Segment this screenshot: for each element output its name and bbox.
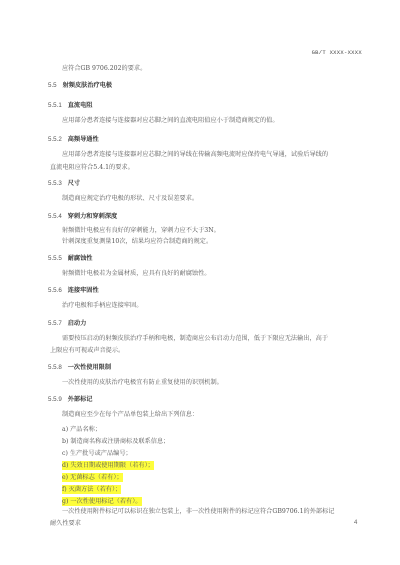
- subsection-number: 5.5.3: [48, 180, 62, 187]
- subsection-heading-5-5-2: 5.5.2 高频导通性: [48, 134, 99, 143]
- paragraph: 应用部分患者连接与连接器对应芯脚之间的导线在传输高频电流时应保持电气导通，试验后…: [62, 151, 328, 159]
- list-item-label: b) 制造商名称或注册商标及联系信息；: [62, 438, 169, 445]
- paragraph: 射频微针电极若为金属材质，应具有良好的耐腐蚀性。: [62, 270, 211, 278]
- closing-paragraph: 一次性使用附件标记可以标识在独立包装上，非一次性使用附件的标记应符合GB9706…: [62, 508, 334, 516]
- subsection-heading-5-5-1: 5.5.1 直流电阻: [48, 100, 92, 109]
- paragraph: 制造商应至少在每个产品单包装上给出下列信息：: [62, 411, 198, 419]
- subsection-heading-5-5-7: 5.5.7 启动力: [48, 318, 86, 327]
- list-item-e: e) 无菌标志（若有）；: [62, 472, 123, 481]
- subsection-number: 5.5.4: [48, 213, 62, 220]
- subsection-title: 直流电阻: [68, 102, 93, 109]
- intro-line: 应符合GB 9706.202的要求。: [62, 65, 146, 73]
- subsection-heading-5-5-5: 5.5.5 耐腐蚀性: [48, 253, 92, 262]
- section-title: 射频皮肤治疗电极: [63, 82, 113, 89]
- highlighted-list-item-label: g) 一次性使用标记（若有）。: [62, 497, 142, 506]
- paragraph: 射频微针电极应有良好的穿刺能力，穿刺力应不大于3N。: [62, 227, 220, 235]
- subsection-title: 尺寸: [68, 180, 80, 187]
- standard-code: GB/T XXXX-XXXX: [312, 49, 362, 56]
- subsection-number: 5.5.6: [48, 287, 62, 294]
- document-page: GB/T XXXX-XXXX 应符合GB 9706.202的要求。 5.5 射频…: [0, 0, 400, 565]
- list-item-c: c) 生产批号或产品编号；: [62, 448, 132, 457]
- subsection-title: 穿刺力和穿刺深度: [68, 213, 118, 220]
- subsection-heading-5-5-8: 5.5.8 一次性使用限制: [48, 362, 111, 371]
- paragraph: 针刺深度重复测量10次，结果均应符合制造商的规定。: [62, 238, 212, 246]
- subsection-title: 耐腐蚀性: [68, 255, 93, 262]
- section-number: 5.5: [48, 82, 57, 89]
- paragraph: 需要按压启动的射频皮肤治疗手柄和电极，制造商应公布启动力范围，低于下限应无法输出…: [62, 335, 328, 343]
- paragraph: 应用部分患者连接与连接器对应芯脚之间的直流电阻值应小于制造商规定的值。: [62, 117, 279, 125]
- list-item-a: a) 产品名称；: [62, 424, 101, 433]
- list-item-d: d) 失效日期或使用期限（若有）；: [62, 460, 154, 469]
- section-heading: 5.5 射频皮肤治疗电极: [48, 80, 112, 89]
- list-item-b: b) 制造商名称或注册商标及联系信息；: [62, 436, 169, 445]
- highlighted-list-item-label: d) 失效日期或使用期限（若有）；: [62, 461, 154, 470]
- subsection-number: 5.5.1: [48, 102, 62, 109]
- list-item-label: c) 生产批号或产品编号；: [62, 450, 132, 457]
- subsection-number: 5.5.7: [48, 320, 62, 327]
- list-item-f: f) 灭菌方法（若有）；: [62, 484, 121, 493]
- subsection-number: 5.5.2: [48, 136, 62, 143]
- list-item-g: g) 一次性使用标记（若有）。: [62, 496, 142, 505]
- paragraph-continuation: 直流电阻应符合5.4.1的要求。: [50, 164, 134, 172]
- subsection-number: 5.5.8: [48, 364, 62, 371]
- paragraph: 制造商应规定治疗电极的形状、尺寸及误差要求。: [62, 195, 198, 203]
- subsection-title: 高频导通性: [68, 136, 99, 143]
- subsection-number: 5.5.9: [48, 396, 62, 403]
- paragraph: 一次性使用的皮肤治疗电极宜有防止重复使用的识别机制。: [62, 379, 223, 387]
- subsection-title: 启动力: [68, 320, 87, 327]
- subsection-heading-5-5-9: 5.5.9 外部标记: [48, 394, 92, 403]
- list-item-label: a) 产品名称；: [62, 426, 101, 433]
- subsection-title: 连接牢固性: [68, 287, 99, 294]
- subsection-title: 外部标记: [68, 396, 93, 403]
- page-number: 4: [354, 520, 357, 526]
- highlighted-list-item-label: e) 无菌标志（若有）；: [62, 473, 123, 482]
- closing-paragraph-continuation: 耐久性要求: [50, 520, 81, 528]
- subsection-heading-5-5-3: 5.5.3 尺寸: [48, 178, 80, 187]
- subsection-title: 一次性使用限制: [68, 364, 111, 371]
- subsection-heading-5-5-4: 5.5.4 穿刺力和穿刺深度: [48, 211, 117, 220]
- subsection-heading-5-5-6: 5.5.6 连接牢固性: [48, 285, 99, 294]
- paragraph-continuation: 上限应有可视或声音提示。: [50, 347, 124, 355]
- highlighted-list-item-label: f) 灭菌方法（若有）；: [62, 485, 121, 494]
- paragraph: 治疗电极和手柄应连接牢固。: [62, 302, 142, 310]
- subsection-number: 5.5.5: [48, 255, 62, 262]
